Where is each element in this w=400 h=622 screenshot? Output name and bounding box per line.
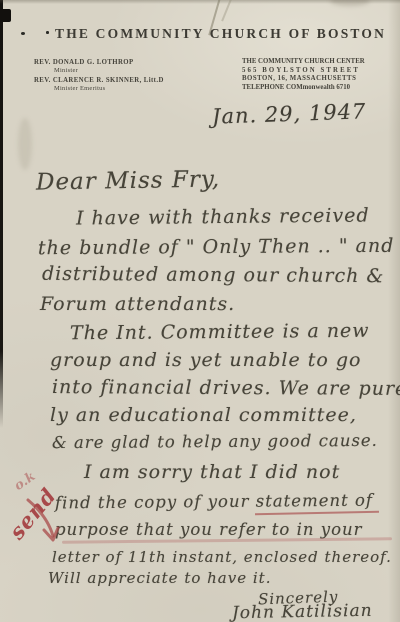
red-underline-statement xyxy=(255,511,379,516)
ink-speck xyxy=(21,32,25,35)
handwritten-line: the bundle of " Only Then .. " and xyxy=(38,235,394,259)
address-line: 565 BOYLSTON STREET xyxy=(242,67,365,76)
address-line: BOSTON, 16, MASSACHUSETTS xyxy=(242,75,365,84)
handwritten-line: The Int. Committee is a new xyxy=(70,320,370,345)
handwritten-line: I have with thanks received xyxy=(76,204,370,229)
minister-role: Minister Emeritus xyxy=(54,85,164,93)
handwritten-line: distributed among our church & xyxy=(42,263,384,287)
letterhead-address: THE COMMUNITY CHURCH CENTER 565 BOYLSTON… xyxy=(242,58,365,92)
handwritten-line: purpose that you refer to in your xyxy=(55,520,363,539)
handwritten-date: Jan. 29, 1947 xyxy=(212,99,367,128)
minister-role: Minister xyxy=(54,67,164,75)
handwritten-line: letter of 11th instant, enclosed thereof… xyxy=(52,548,392,566)
handwritten-line: & are glad to help any good cause. xyxy=(52,431,378,452)
minister-name: REV. CLARENCE R. SKINNER, Litt.D xyxy=(34,77,164,85)
signature: John Katilisian xyxy=(232,601,373,622)
handwritten-line: group and is yet unable to go xyxy=(50,349,361,371)
handwritten-line: I am sorry that I did not xyxy=(84,461,340,483)
handwritten-line: Will appreciate to have it. xyxy=(48,569,271,587)
minister-name: REV. DONALD G. LOTHROP xyxy=(34,59,164,67)
scan-edge-notch xyxy=(0,9,11,22)
scan-edge-right xyxy=(388,0,400,622)
handwritten-line: find the copy of your statement of xyxy=(55,491,373,513)
handwritten-line: ly an educational committee, xyxy=(50,404,357,426)
bleedthrough-smudge xyxy=(18,118,32,170)
address-line: TELEPHONE COMmonwealth 6710 xyxy=(242,84,365,93)
salutation: Dear Miss Fry, xyxy=(36,166,221,195)
address-line: THE COMMUNITY CHURCH CENTER xyxy=(242,58,365,67)
scanned-letter-page: THE COMMUNITY CHURCH OF BOSTON REV. DONA… xyxy=(0,0,400,622)
handwritten-line: Forum attendants. xyxy=(40,293,235,315)
letterhead-ministers: REV. DONALD G. LOTHROP Minister REV. CLA… xyxy=(34,59,164,93)
scan-edge-left xyxy=(0,0,3,428)
red-arrow-icon xyxy=(24,498,68,548)
scan-smudge xyxy=(330,0,370,6)
letterhead-title: THE COMMUNITY CHURCH OF BOSTON xyxy=(55,26,355,42)
handwritten-line: into financial drives. We are pure- xyxy=(52,376,400,400)
ink-speck xyxy=(46,31,49,34)
